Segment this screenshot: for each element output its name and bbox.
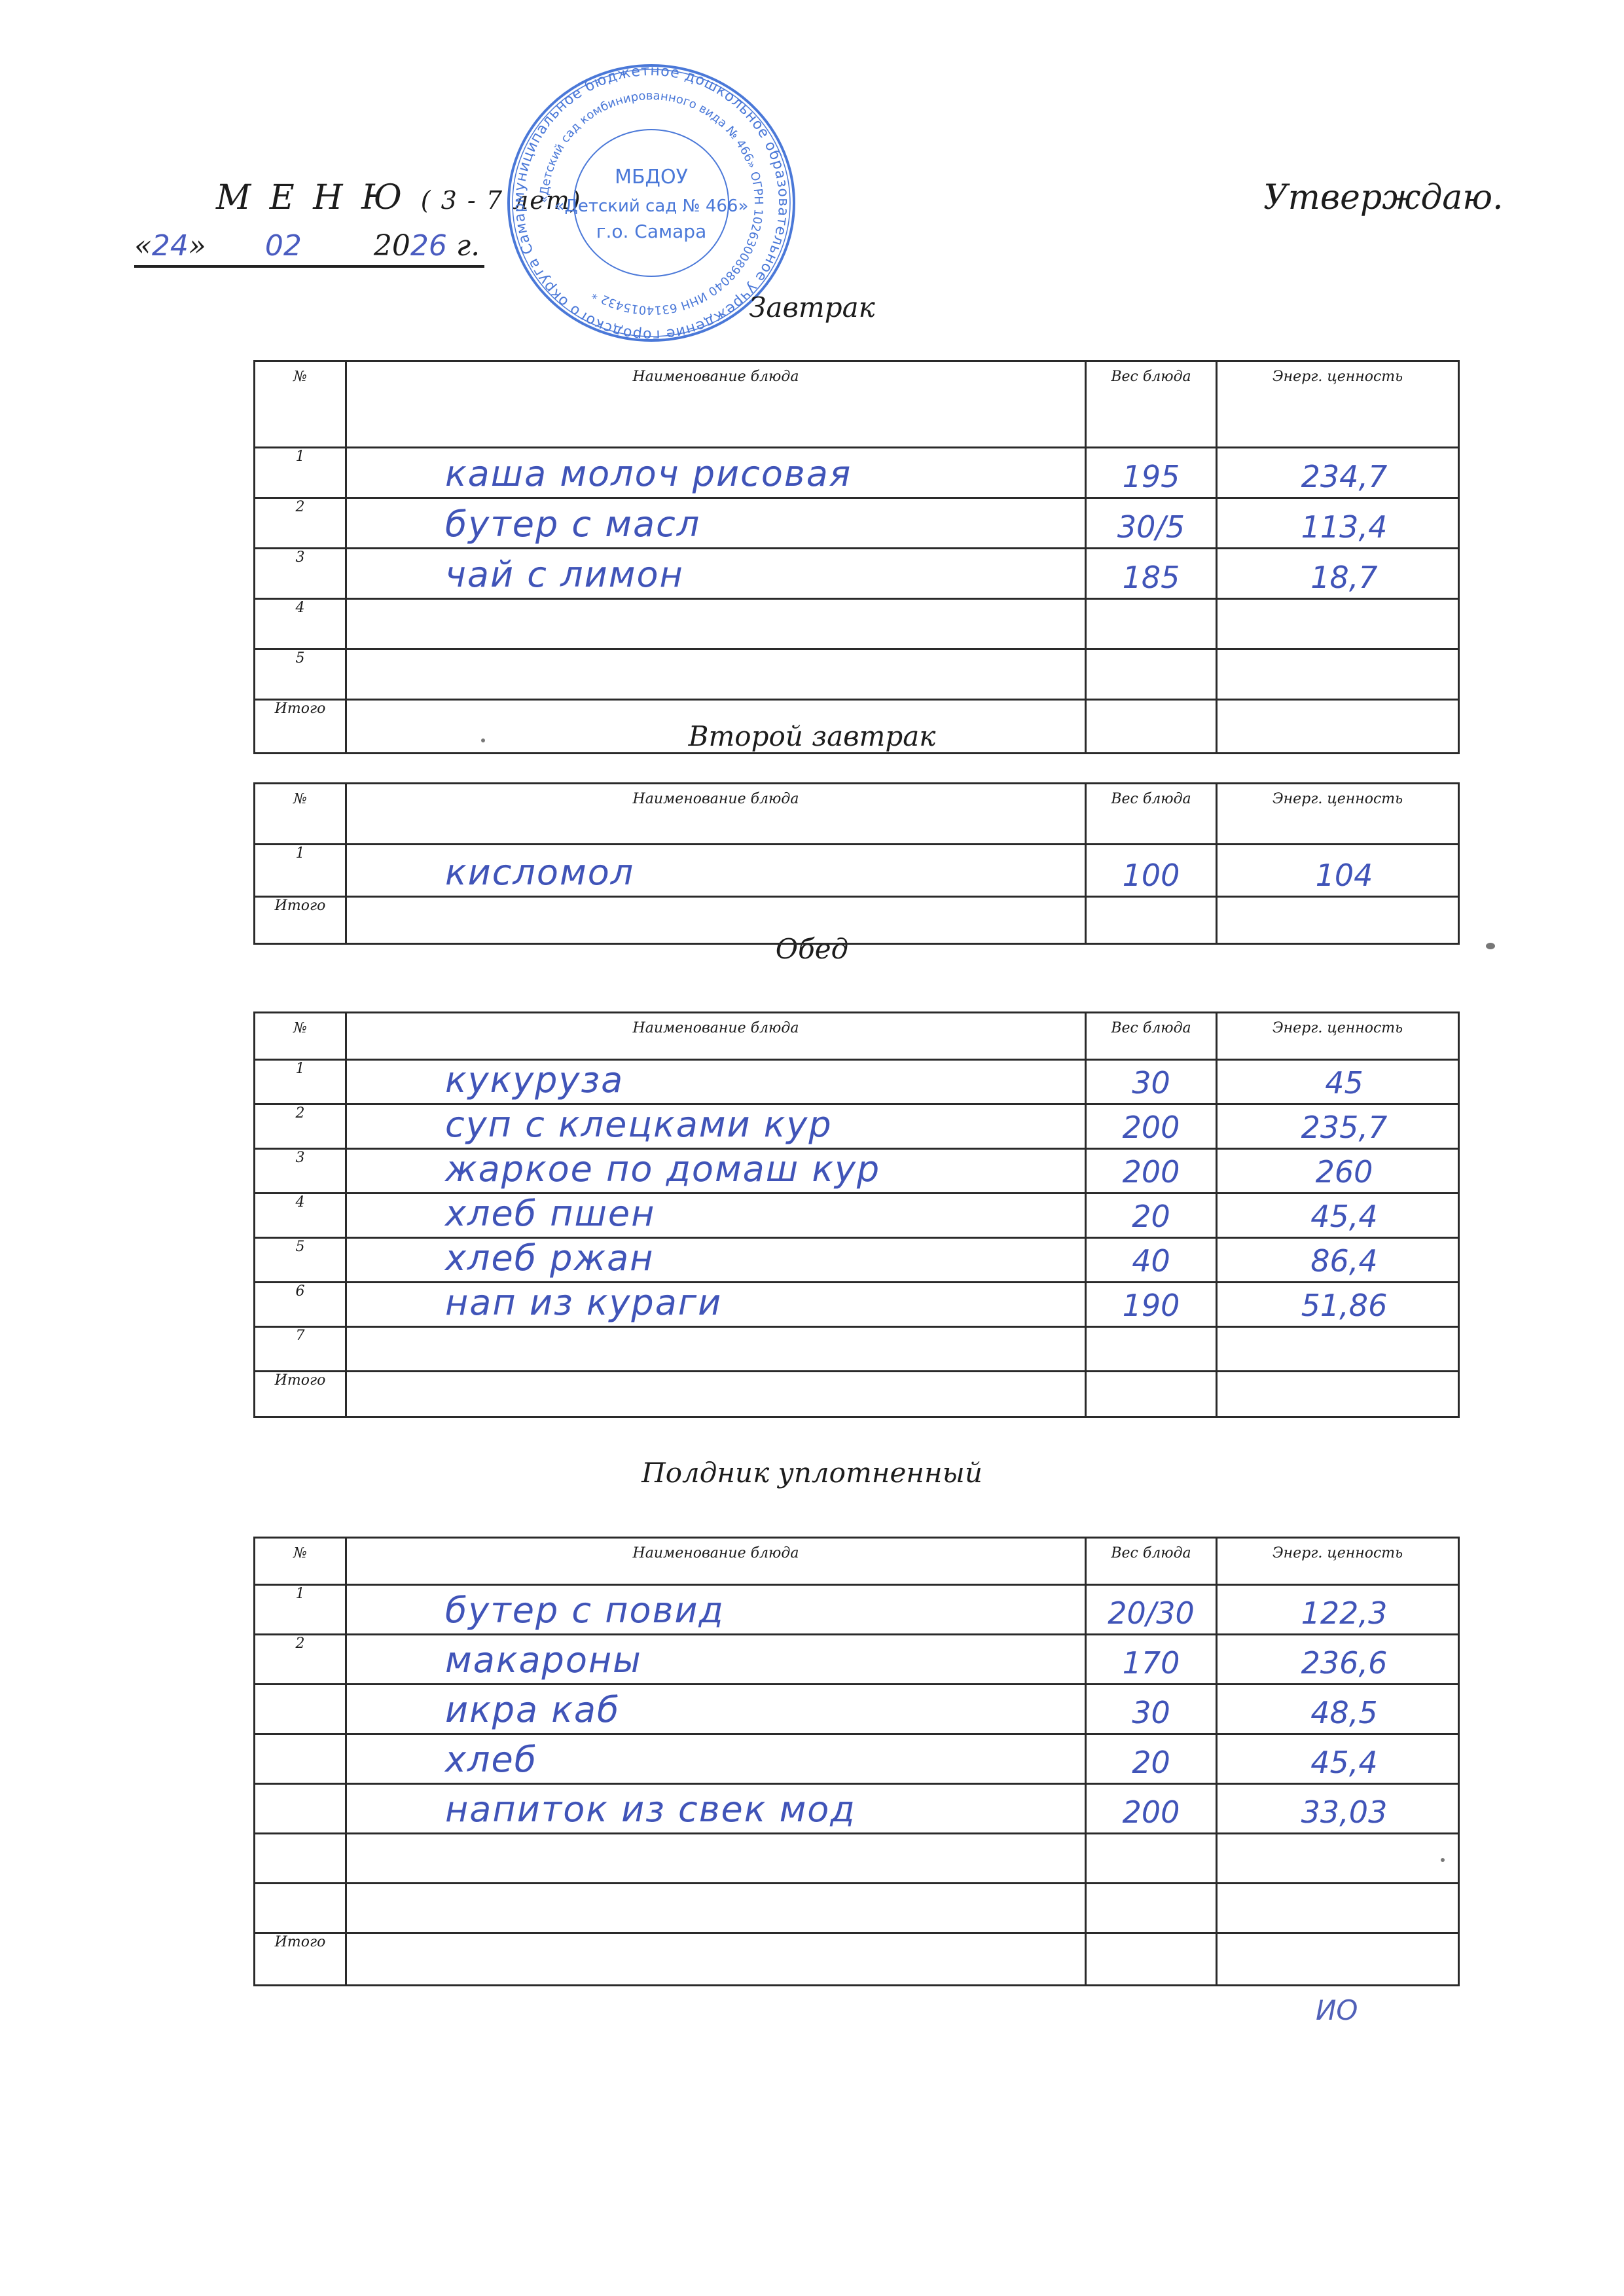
- dish-name: жаркое по домаш кур: [346, 1149, 1086, 1194]
- dish-energy-text: 122,3: [1218, 1595, 1458, 1631]
- header-dish-name: Наименование блюда: [346, 784, 1086, 845]
- menu-title: М Е Н Ю ( 3 - 7 лет): [216, 178, 582, 217]
- dish-energy: [1217, 649, 1459, 700]
- dish-energy-text: 104: [1218, 858, 1458, 893]
- dish-name: [346, 599, 1086, 649]
- row-number: 1: [255, 1585, 346, 1635]
- dish-name: каша молоч рисовая: [346, 448, 1086, 498]
- row-number: 5: [255, 649, 346, 700]
- dish-name-text: жаркое по домаш кур: [347, 1148, 1085, 1190]
- dish-weight-text: 190: [1087, 1288, 1216, 1323]
- dish-energy-text: 113,4: [1218, 509, 1458, 545]
- dish-energy: 260: [1217, 1149, 1459, 1194]
- dish-energy: 18,7: [1217, 549, 1459, 599]
- dish-name: чай с лимон: [346, 549, 1086, 599]
- svg-text:г.о. Самара: г.о. Самара: [596, 221, 706, 242]
- dish-weight-text: 30/5: [1087, 509, 1216, 545]
- dish-name: икра каб: [346, 1685, 1086, 1734]
- header-weight: Вес блюда: [1086, 361, 1217, 448]
- scan-speck: [481, 738, 485, 742]
- dish-weight: 200: [1086, 1784, 1217, 1834]
- table-row: 2суп с клецками кур200235,7: [255, 1104, 1459, 1149]
- dish-energy-text: 260: [1218, 1154, 1458, 1190]
- dish-weight: 170: [1086, 1635, 1217, 1685]
- age-range: ( 3 - 7 лет): [421, 186, 582, 215]
- dish-weight: [1086, 599, 1217, 649]
- date-month: 02: [265, 229, 302, 263]
- dish-energy-text: 18,7: [1218, 560, 1458, 595]
- dish-weight-text: 200: [1087, 1110, 1216, 1145]
- dish-energy: 86,4: [1217, 1238, 1459, 1283]
- dish-energy-text: 235,7: [1218, 1110, 1458, 1145]
- dish-energy: [1217, 599, 1459, 649]
- dish-weight-text: 195: [1087, 459, 1216, 494]
- dish-energy: 104: [1217, 845, 1459, 897]
- menu-page: М Е Н Ю ( 3 - 7 лет) Утверждаю. «24»0220…: [0, 0, 1624, 2296]
- signature: ИО: [1316, 1994, 1358, 2026]
- dish-energy-text: 33,03: [1218, 1795, 1458, 1830]
- section-title-breakfast: Завтрак: [0, 291, 1624, 323]
- date-day: 24: [152, 229, 189, 263]
- total-row: Итого: [255, 1933, 1459, 1986]
- dish-energy-text: 48,5: [1218, 1695, 1458, 1730]
- dish-name: [346, 1834, 1086, 1884]
- row-number: 3: [255, 1149, 346, 1194]
- dish-name: хлеб ржан: [346, 1238, 1086, 1283]
- dish-name: бутер с масл: [346, 498, 1086, 549]
- dish-energy: 235,7: [1217, 1104, 1459, 1149]
- dish-name: напиток из свек мод: [346, 1784, 1086, 1834]
- table-row: 6нап из кураги19051,86: [255, 1283, 1459, 1327]
- menu-date: «24»022026 г.: [134, 229, 484, 268]
- table-row: 7: [255, 1327, 1459, 1372]
- row-number: 3: [255, 549, 346, 599]
- table-row: 1бутер с повид20/30122,3: [255, 1585, 1459, 1635]
- dish-weight-text: 20: [1087, 1199, 1216, 1234]
- table-row: [255, 1834, 1459, 1884]
- header-weight: Вес блюда: [1086, 1538, 1217, 1585]
- total-row: Итого: [255, 1372, 1459, 1417]
- header-num: №: [255, 784, 346, 845]
- header-dish-name: Наименование блюда: [346, 1013, 1086, 1060]
- table-header: №Наименование блюдаВес блюдаЭнерг. ценно…: [255, 361, 1459, 448]
- table-row: 5: [255, 649, 1459, 700]
- total-energy: [1217, 1372, 1459, 1417]
- svg-text:МБДОУ: МБДОУ: [615, 166, 688, 189]
- dish-weight: [1086, 1884, 1217, 1933]
- second-breakfast-table: №Наименование блюдаВес блюдаЭнерг. ценно…: [253, 782, 1460, 945]
- breakfast-table: №Наименование блюдаВес блюдаЭнерг. ценно…: [253, 360, 1460, 754]
- table-row: хлеб2045,4: [255, 1734, 1459, 1784]
- header-energy: Энерг. ценность: [1217, 361, 1459, 448]
- row-number: 1: [255, 448, 346, 498]
- dish-name-text: каша молоч рисовая: [347, 453, 1085, 494]
- table-row: напиток из свек мод20033,03: [255, 1784, 1459, 1834]
- dish-name-text: чай с лимон: [347, 554, 1085, 595]
- dish-energy: [1217, 1884, 1459, 1933]
- table-row: [255, 1884, 1459, 1933]
- table-row: 2макароны170236,6: [255, 1635, 1459, 1685]
- table-row: 2бутер с масл30/5113,4: [255, 498, 1459, 549]
- row-number: 4: [255, 599, 346, 649]
- row-number: 4: [255, 1194, 346, 1238]
- dish-energy-text: 236,6: [1218, 1645, 1458, 1681]
- dish-weight: 200: [1086, 1149, 1217, 1194]
- afternoon-snack-table: №Наименование блюдаВес блюдаЭнерг. ценно…: [253, 1537, 1460, 1986]
- row-number: 2: [255, 1635, 346, 1685]
- dish-energy-text: 45,4: [1218, 1199, 1458, 1234]
- row-number: [255, 1884, 346, 1933]
- dish-weight-text: 100: [1087, 858, 1216, 893]
- dish-name-text: кисломол: [347, 852, 1085, 893]
- dish-weight-text: 170: [1087, 1645, 1216, 1681]
- total-row: Итого: [255, 897, 1459, 944]
- dish-energy: [1217, 1834, 1459, 1884]
- dish-name-text: икра каб: [347, 1689, 1085, 1730]
- dish-name-text: хлеб пшен: [347, 1193, 1085, 1234]
- header-weight: Вес блюда: [1086, 1013, 1217, 1060]
- total-row: Итого: [255, 700, 1459, 754]
- dish-weight: 190: [1086, 1283, 1217, 1327]
- row-number: 1: [255, 845, 346, 897]
- dish-weight-text: 40: [1087, 1243, 1216, 1279]
- dish-energy: 45: [1217, 1060, 1459, 1104]
- table-row: 1кисломол100104: [255, 845, 1459, 897]
- dish-weight: [1086, 649, 1217, 700]
- dish-energy: 33,03: [1217, 1784, 1459, 1834]
- total-energy: [1217, 700, 1459, 754]
- dish-weight: [1086, 1834, 1217, 1884]
- dish-weight: 30/5: [1086, 498, 1217, 549]
- header-weight: Вес блюда: [1086, 784, 1217, 845]
- dish-energy: 122,3: [1217, 1585, 1459, 1635]
- header-energy: Энерг. ценность: [1217, 784, 1459, 845]
- total-energy: [1217, 1933, 1459, 1986]
- dish-name: [346, 649, 1086, 700]
- total-weight: [1086, 1933, 1217, 1986]
- header-energy: Энерг. ценность: [1217, 1013, 1459, 1060]
- dish-weight: 30: [1086, 1685, 1217, 1734]
- total-label: Итого: [255, 1933, 346, 1986]
- header-dish-name: Наименование блюда: [346, 361, 1086, 448]
- dish-energy-text: 234,7: [1218, 459, 1458, 494]
- dish-name: кукуруза: [346, 1060, 1086, 1104]
- dish-energy-text: 86,4: [1218, 1243, 1458, 1279]
- svg-text:«Детский сад № 466»: «Детский сад № 466»: [554, 196, 749, 216]
- dish-name-text: нап из кураги: [347, 1282, 1085, 1323]
- dish-name: нап из кураги: [346, 1283, 1086, 1327]
- row-number: 2: [255, 498, 346, 549]
- dish-weight: 30: [1086, 1060, 1217, 1104]
- table-row: 1кукуруза3045: [255, 1060, 1459, 1104]
- row-number: 2: [255, 1104, 346, 1149]
- dish-weight-text: 20/30: [1087, 1595, 1216, 1631]
- date-year: 26: [410, 229, 447, 263]
- dish-name-text: кукуруза: [347, 1059, 1085, 1101]
- table-row: 1каша молоч рисовая195234,7: [255, 448, 1459, 498]
- dish-name: хлеб: [346, 1734, 1086, 1784]
- table-row: 5хлеб ржан4086,4: [255, 1238, 1459, 1283]
- scan-speck: [1486, 943, 1495, 949]
- table-row: 4хлеб пшен2045,4: [255, 1194, 1459, 1238]
- dish-weight-text: 200: [1087, 1795, 1216, 1830]
- dish-energy: [1217, 1327, 1459, 1372]
- header-dish-name: Наименование блюда: [346, 1538, 1086, 1585]
- dish-energy: 51,86: [1217, 1283, 1459, 1327]
- dish-weight: 200: [1086, 1104, 1217, 1149]
- dish-name: суп с клецками кур: [346, 1104, 1086, 1149]
- dish-name: кисломол: [346, 845, 1086, 897]
- dish-name-text: бутер с масл: [347, 503, 1085, 545]
- dish-energy: 234,7: [1217, 448, 1459, 498]
- approval-label: Утверждаю.: [1263, 178, 1504, 217]
- dish-energy: 113,4: [1217, 498, 1459, 549]
- total-name: [346, 700, 1086, 754]
- table-row: икра каб3048,5: [255, 1685, 1459, 1734]
- total-label: Итого: [255, 1372, 346, 1417]
- row-number: [255, 1685, 346, 1734]
- dish-name-text: макароны: [347, 1639, 1085, 1681]
- dish-name: макароны: [346, 1635, 1086, 1685]
- dish-weight-text: 30: [1087, 1065, 1216, 1101]
- header-num: №: [255, 361, 346, 448]
- header-energy: Энерг. ценность: [1217, 1538, 1459, 1585]
- row-number: 6: [255, 1283, 346, 1327]
- total-name: [346, 1372, 1086, 1417]
- table-header: №Наименование блюдаВес блюдаЭнерг. ценно…: [255, 784, 1459, 845]
- dish-energy: 236,6: [1217, 1635, 1459, 1685]
- row-number: 7: [255, 1327, 346, 1372]
- dish-name: хлеб пшен: [346, 1194, 1086, 1238]
- table-header: №Наименование блюдаВес блюдаЭнерг. ценно…: [255, 1538, 1459, 1585]
- total-label: Итого: [255, 897, 346, 944]
- total-weight: [1086, 700, 1217, 754]
- dish-weight-text: 20: [1087, 1745, 1216, 1780]
- dish-name-text: хлеб ржан: [347, 1237, 1085, 1279]
- dish-energy: 45,4: [1217, 1734, 1459, 1784]
- total-energy: [1217, 897, 1459, 944]
- header-num: №: [255, 1013, 346, 1060]
- header-num: №: [255, 1538, 346, 1585]
- dish-weight: 185: [1086, 549, 1217, 599]
- dish-weight-text: 200: [1087, 1154, 1216, 1190]
- dish-weight: 20: [1086, 1194, 1217, 1238]
- dish-energy-text: 45,4: [1218, 1745, 1458, 1780]
- dish-weight-text: 30: [1087, 1695, 1216, 1730]
- dish-name-text: суп с клецками кур: [347, 1104, 1085, 1145]
- dish-weight: 195: [1086, 448, 1217, 498]
- dish-name: бутер с повид: [346, 1585, 1086, 1635]
- row-number: [255, 1734, 346, 1784]
- dish-weight: 20/30: [1086, 1585, 1217, 1635]
- table-header: №Наименование блюдаВес блюдаЭнерг. ценно…: [255, 1013, 1459, 1060]
- total-name: [346, 897, 1086, 944]
- dish-energy-text: 51,86: [1218, 1288, 1458, 1323]
- row-number: 5: [255, 1238, 346, 1283]
- dish-weight: 40: [1086, 1238, 1217, 1283]
- dish-energy: 48,5: [1217, 1685, 1459, 1734]
- menu-title-text: М Е Н Ю: [216, 178, 406, 217]
- scan-speck: [1441, 1858, 1445, 1862]
- row-number: [255, 1834, 346, 1884]
- total-name: [346, 1933, 1086, 1986]
- dish-weight: 100: [1086, 845, 1217, 897]
- total-label: Итого: [255, 700, 346, 754]
- table-row: 3чай с лимон18518,7: [255, 549, 1459, 599]
- row-number: [255, 1784, 346, 1834]
- total-weight: [1086, 1372, 1217, 1417]
- dish-name-text: напиток из свек мод: [347, 1789, 1085, 1830]
- dish-weight: 20: [1086, 1734, 1217, 1784]
- table-row: 4: [255, 599, 1459, 649]
- dish-energy-text: 45: [1218, 1065, 1458, 1101]
- dish-name: [346, 1884, 1086, 1933]
- dish-name: [346, 1327, 1086, 1372]
- dish-name-text: хлеб: [347, 1739, 1085, 1780]
- table-row: 3жаркое по домаш кур200260: [255, 1149, 1459, 1194]
- section-title-afternoon-snack: Полдник уплотненный: [0, 1457, 1624, 1489]
- dish-weight-text: 185: [1087, 560, 1216, 595]
- lunch-table: №Наименование блюдаВес блюдаЭнерг. ценно…: [253, 1011, 1460, 1418]
- row-number: 1: [255, 1060, 346, 1104]
- dish-name-text: бутер с повид: [347, 1590, 1085, 1631]
- total-weight: [1086, 897, 1217, 944]
- dish-weight: [1086, 1327, 1217, 1372]
- dish-energy: 45,4: [1217, 1194, 1459, 1238]
